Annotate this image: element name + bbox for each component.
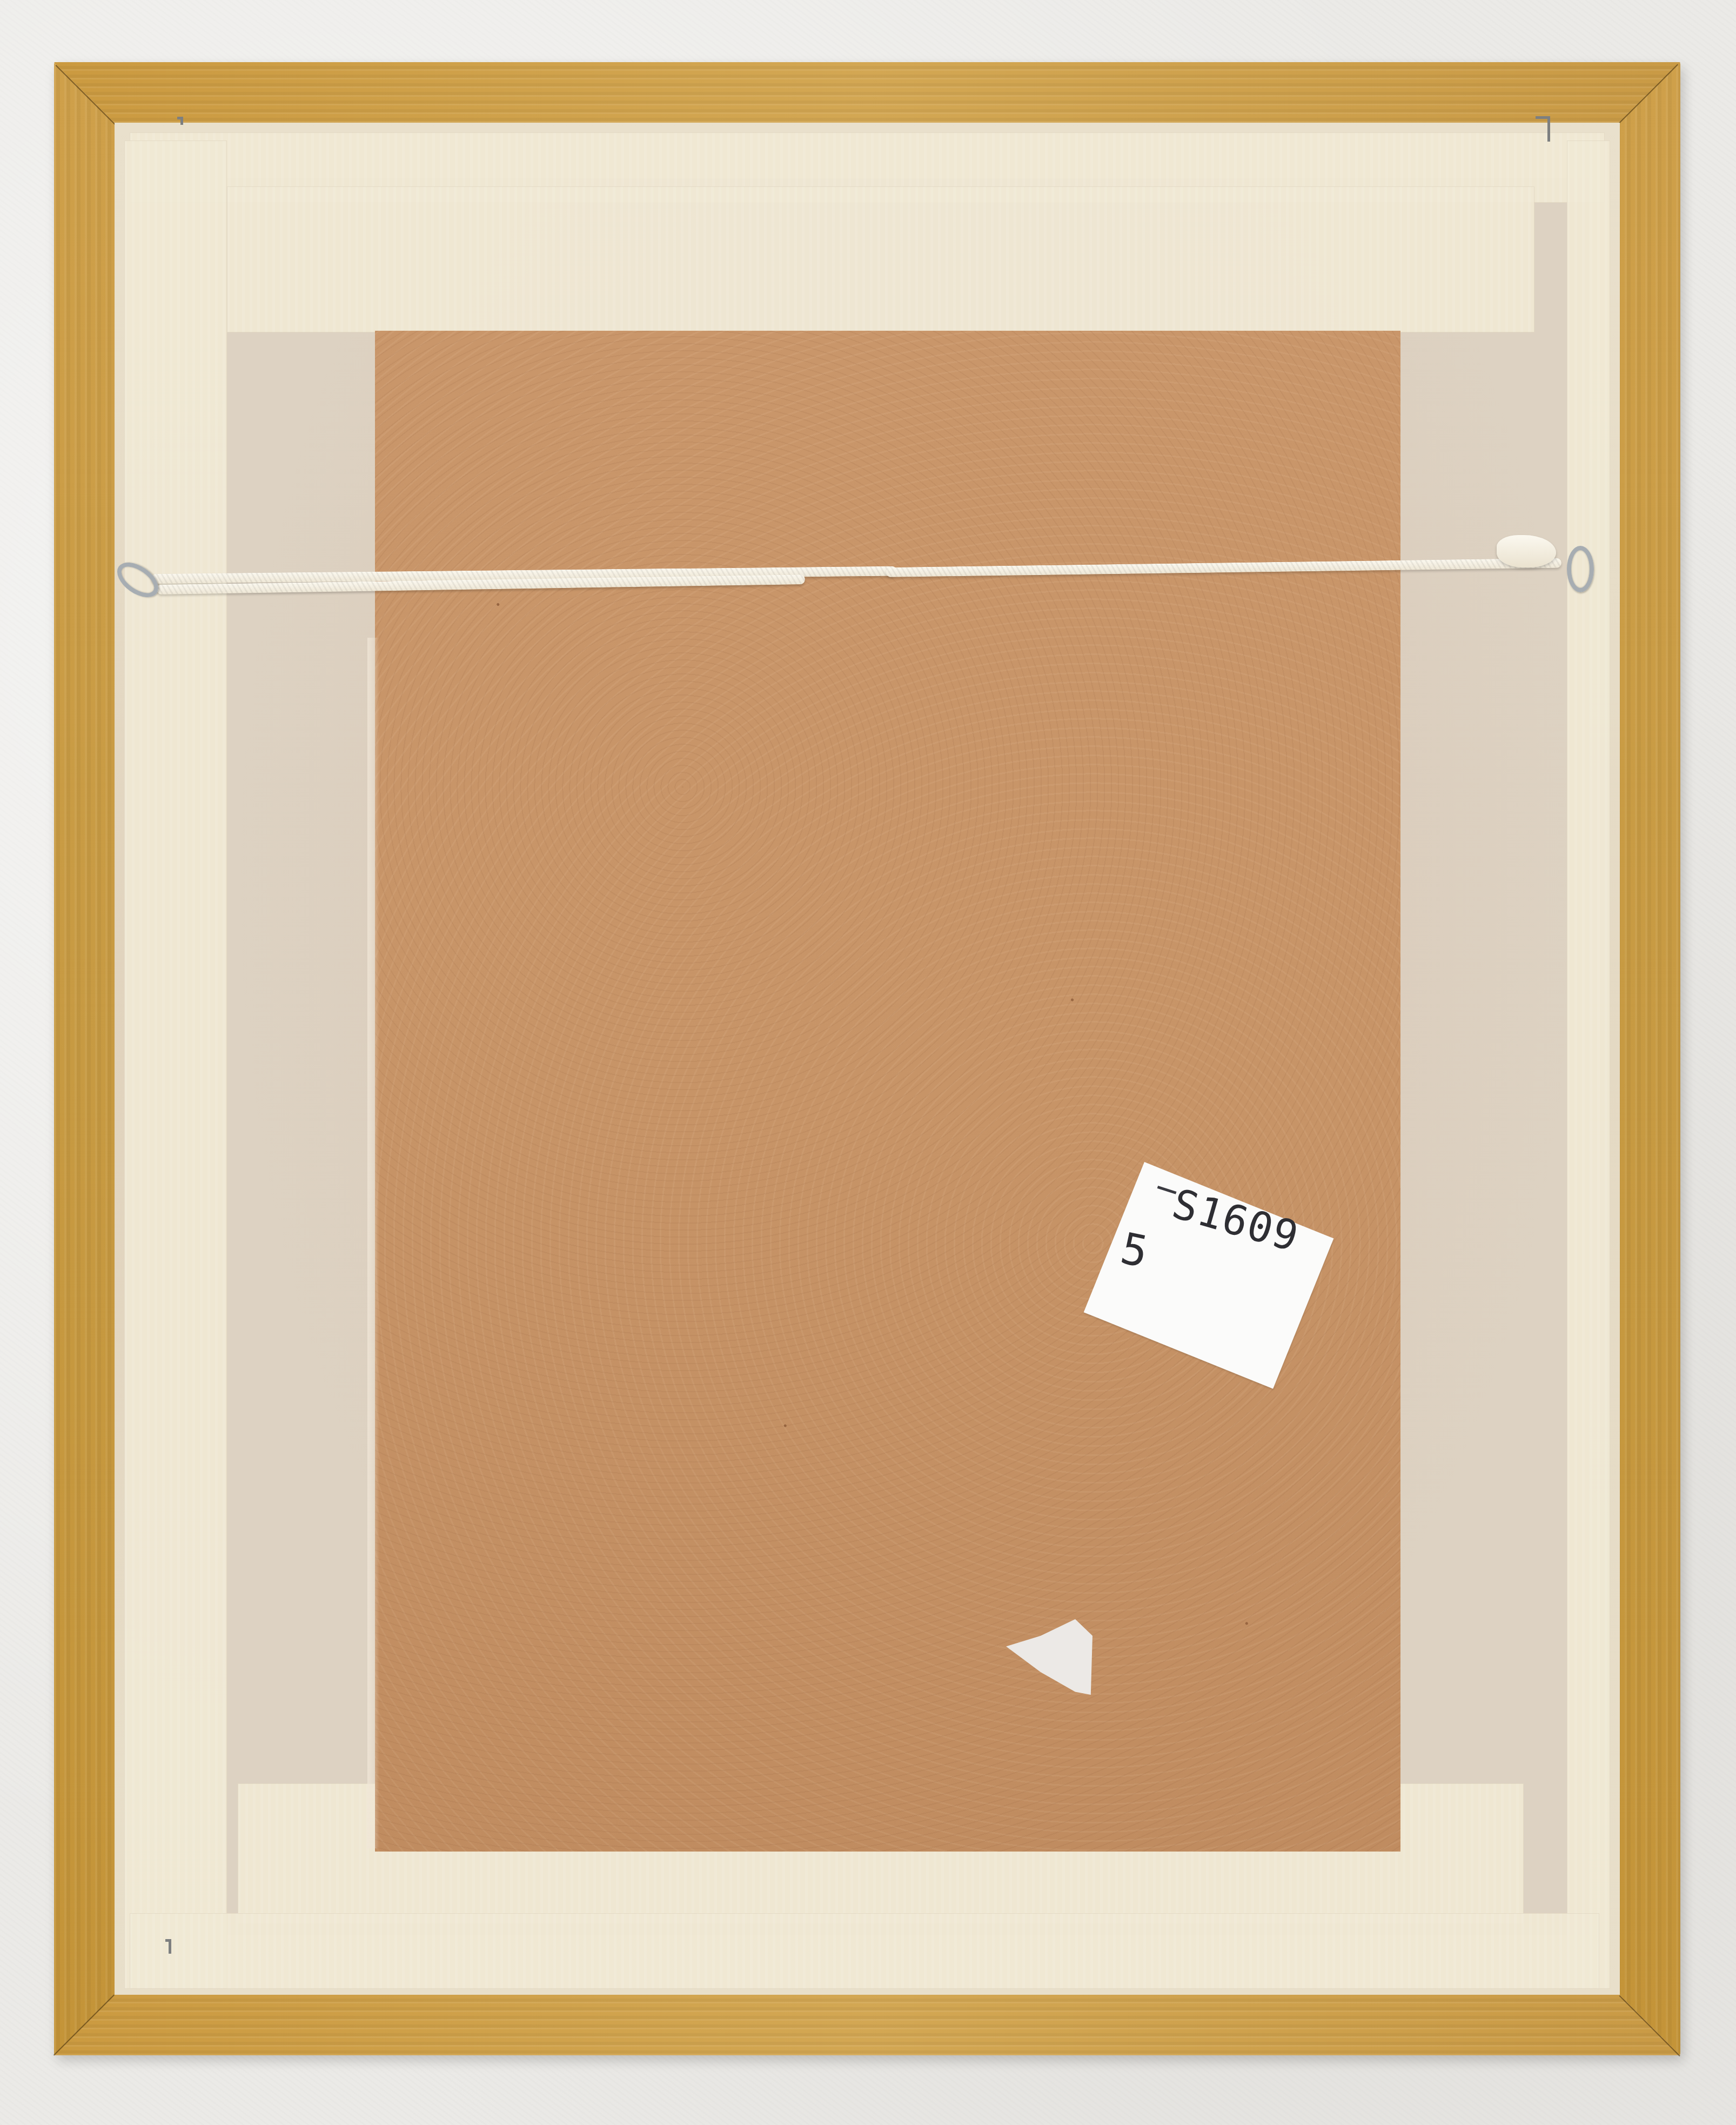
hardboard-torn-edge [367, 638, 379, 1848]
frame-bottom-rail [54, 1995, 1680, 2055]
hardboard-backing [375, 331, 1400, 1852]
frame-top-rail [54, 62, 1680, 123]
paper-tape-bottom-outer [130, 1913, 1599, 1989]
paper-tape-right-outer [1567, 141, 1610, 1989]
staple-bottom-left-icon [165, 1939, 171, 1954]
paper-tape-left-outer [124, 141, 227, 1989]
paper-tape-top-inner [227, 186, 1534, 332]
label-dash-mark [1157, 1186, 1177, 1194]
screw-eye-right-icon [1567, 546, 1594, 592]
label-lot-number: 5 [1116, 1223, 1152, 1278]
staple-top-left-icon [177, 117, 183, 125]
staple-top-right-icon [1536, 116, 1550, 142]
